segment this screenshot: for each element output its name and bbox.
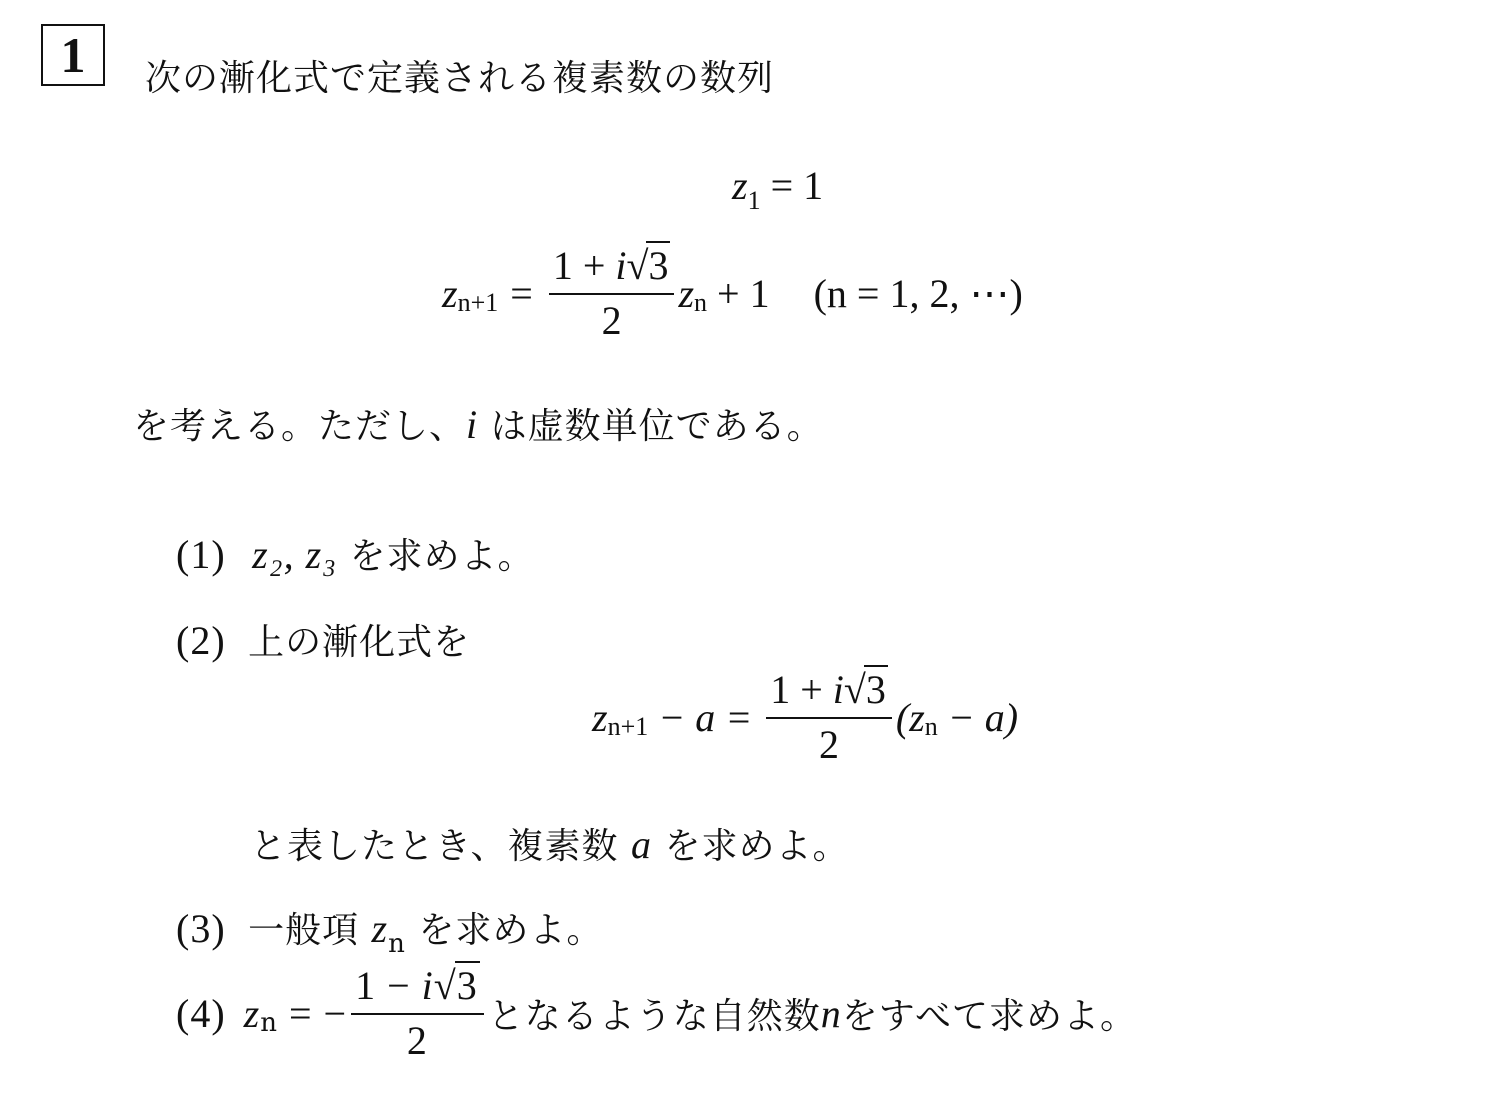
var-z: z	[442, 270, 458, 317]
question-text: 一般項	[248, 910, 371, 951]
condition: (n = 1, 2, ⋯)	[814, 270, 1023, 317]
fraction: 1 + i√3 2	[766, 666, 892, 768]
var-n: n	[821, 990, 842, 1037]
question-1: (1) z₂, z₃ を求めよ。	[176, 528, 535, 579]
subscript: 1	[748, 186, 761, 215]
fraction: 1 − i√3 2	[351, 962, 484, 1064]
lhs-rest: − a =	[648, 694, 762, 741]
rhs: (z	[896, 694, 925, 741]
var-z: z	[244, 990, 261, 1037]
relation: =	[771, 163, 794, 208]
subscript: n	[388, 929, 406, 959]
question-text: 上の漸化式を	[248, 622, 470, 663]
sqrt-content: 3	[455, 961, 480, 1008]
question-text: を求めよ。	[337, 536, 534, 577]
var-z: z	[592, 694, 608, 741]
denominator: 2	[602, 295, 622, 344]
sqrt-content: 3	[864, 665, 888, 712]
var-z: z	[678, 270, 694, 317]
question-4: (4) zn = − 1 − i√3 2 となるような自然数 n をすべて求めよ…	[176, 958, 1137, 1068]
equation-initial: z1 = 1	[732, 162, 823, 209]
numerator-part: 1 −	[355, 963, 422, 1008]
problem-number: 1	[61, 26, 86, 84]
imaginary-i: i	[833, 667, 844, 712]
sqrt-content: 3	[646, 241, 670, 288]
question-3: (3) 一般項 zn を求めよ。	[176, 902, 603, 953]
question-label: (4)	[176, 990, 226, 1037]
problem-note: を考える。ただし、i は虚数単位である。	[133, 398, 824, 449]
imaginary-i: i	[615, 243, 626, 288]
var-z: z	[732, 163, 748, 208]
question-2-text2: と表したとき、複素数 a を求めよ。	[250, 818, 849, 869]
var-z: z	[372, 906, 389, 951]
question-math: z₂, z₃	[252, 532, 337, 577]
numerator-part: 1 +	[770, 667, 833, 712]
question-text: となるような自然数	[488, 988, 821, 1039]
problem-intro: 次の漸化式で定義される複素数の数列	[145, 50, 774, 101]
question-label: (3)	[176, 906, 226, 951]
note-text: は虚数単位である。	[478, 406, 823, 447]
plus-one: + 1	[707, 270, 770, 317]
subscript: n	[260, 1008, 278, 1038]
imaginary-i: i	[422, 963, 434, 1008]
denominator: 2	[819, 719, 839, 768]
problem-number-box: 1	[41, 24, 105, 86]
subscript: n	[925, 712, 938, 742]
rhs-rest: − a)	[938, 694, 1018, 741]
question-2: (2) 上の漸化式を	[176, 614, 470, 665]
equation-recurrence: zn+1 = 1 + i√3 2 zn + 1 (n = 1, 2, ⋯)	[442, 238, 1023, 348]
relation: = −	[278, 990, 347, 1037]
question-text: を求めよ。	[406, 910, 603, 951]
fraction: 1 + i√3 2	[549, 242, 675, 344]
denominator: 2	[407, 1015, 428, 1064]
subscript: n	[694, 288, 707, 318]
imaginary-i: i	[466, 402, 478, 447]
var-a: a	[631, 822, 652, 867]
numerator-part: 1 +	[553, 243, 616, 288]
question-label: (2)	[176, 618, 226, 663]
note-text: を考える。ただし、	[133, 406, 466, 447]
question-label: (1)	[176, 532, 226, 577]
subscript: n+1	[458, 288, 499, 318]
value: 1	[803, 163, 823, 208]
relation: =	[510, 270, 533, 317]
question-text: を求めよ。	[652, 826, 849, 867]
subscript: n+1	[608, 712, 649, 742]
question-text: と表したとき、複素数	[250, 826, 631, 867]
question-text: をすべて求めよ。	[842, 988, 1137, 1039]
equation-transformed: zn+1 − a = 1 + i√3 2 (zn − a)	[592, 662, 1018, 772]
